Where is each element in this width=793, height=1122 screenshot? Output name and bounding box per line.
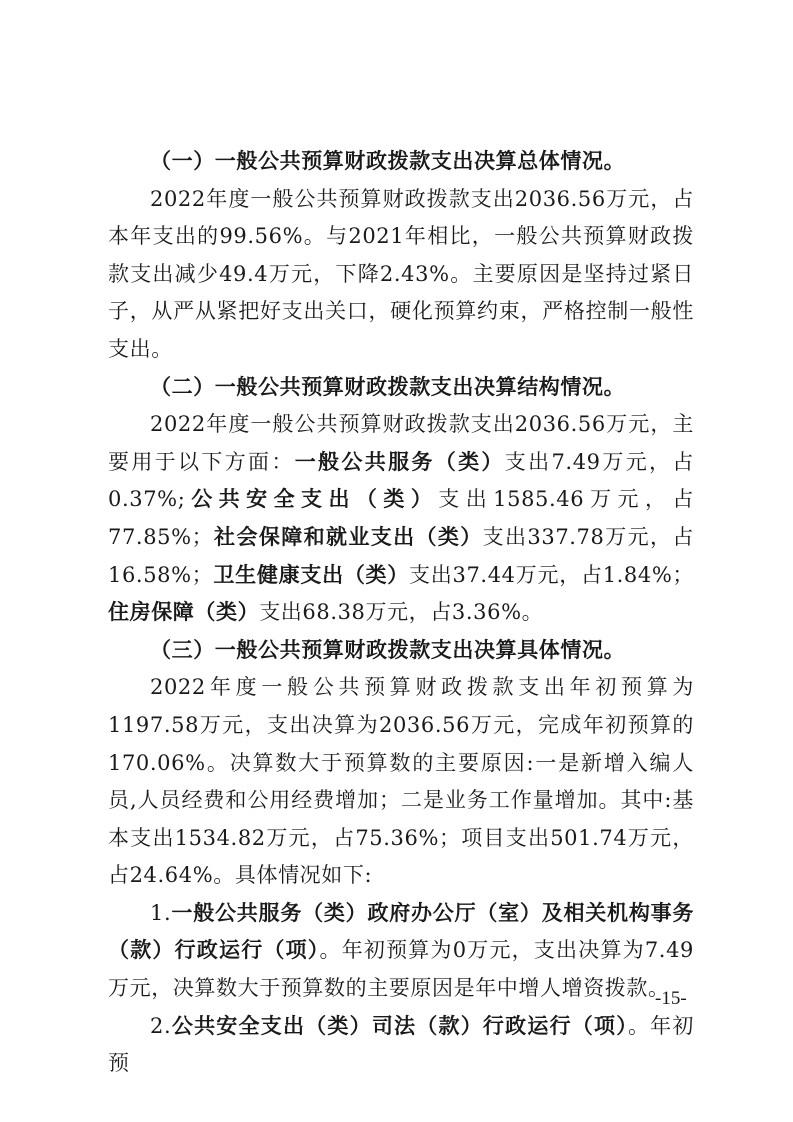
page-number: -15- [655, 988, 687, 1010]
section-paragraph-3: 2022年度一般公共预算财政拨款支出年初预算为1197.58万元，支出决算为20… [108, 669, 694, 895]
category-general-public-services: 一般公共服务（类） [295, 450, 505, 474]
section-heading-1: （一）一般公共预算财政拨款支出决算总体情况。 [108, 143, 694, 181]
section-heading-3: （三）一般公共预算财政拨款支出决算具体情况。 [108, 632, 694, 670]
paragraph-text: 支出37.44万元，占1.84%； [409, 563, 694, 587]
section-paragraph-1: 2022年度一般公共预算财政拨款支出2036.56万元，占本年支出的99.56%… [108, 181, 694, 369]
item-number: 1. [150, 901, 171, 925]
document-page: （一）一般公共预算财政拨款支出决算总体情况。 2022年度一般公共预算财政拨款支… [108, 143, 694, 1083]
section-paragraph-2: 2022年度一般公共预算财政拨款支出2036.56万元，主要用于以下方面：一般公… [108, 406, 694, 632]
category-social-security-employment: 社会保障和就业支出（类） [213, 525, 482, 549]
category-housing: 住房保障（类） [108, 600, 259, 624]
section-heading-2: （二）一般公共预算财政拨款支出决算结构情况。 [108, 369, 694, 407]
item-number: 2. [150, 1014, 171, 1038]
detail-item-2: 2.公共安全支出（类）司法（款）行政运行（项）。年初预 [108, 1008, 694, 1083]
item-title: 公共安全支出（类）司法（款）行政运行（项） [171, 1014, 628, 1038]
paragraph-text: 支出68.38万元，占3.36%。 [259, 600, 543, 624]
category-health: 卫生健康支出（类） [213, 563, 409, 587]
category-public-security: 公共安全支出（类） [185, 487, 438, 511]
detail-item-1: 1.一般公共服务（类）政府办公厅（室）及相关机构事务（款）行政运行（项）。年初预… [108, 895, 694, 1008]
